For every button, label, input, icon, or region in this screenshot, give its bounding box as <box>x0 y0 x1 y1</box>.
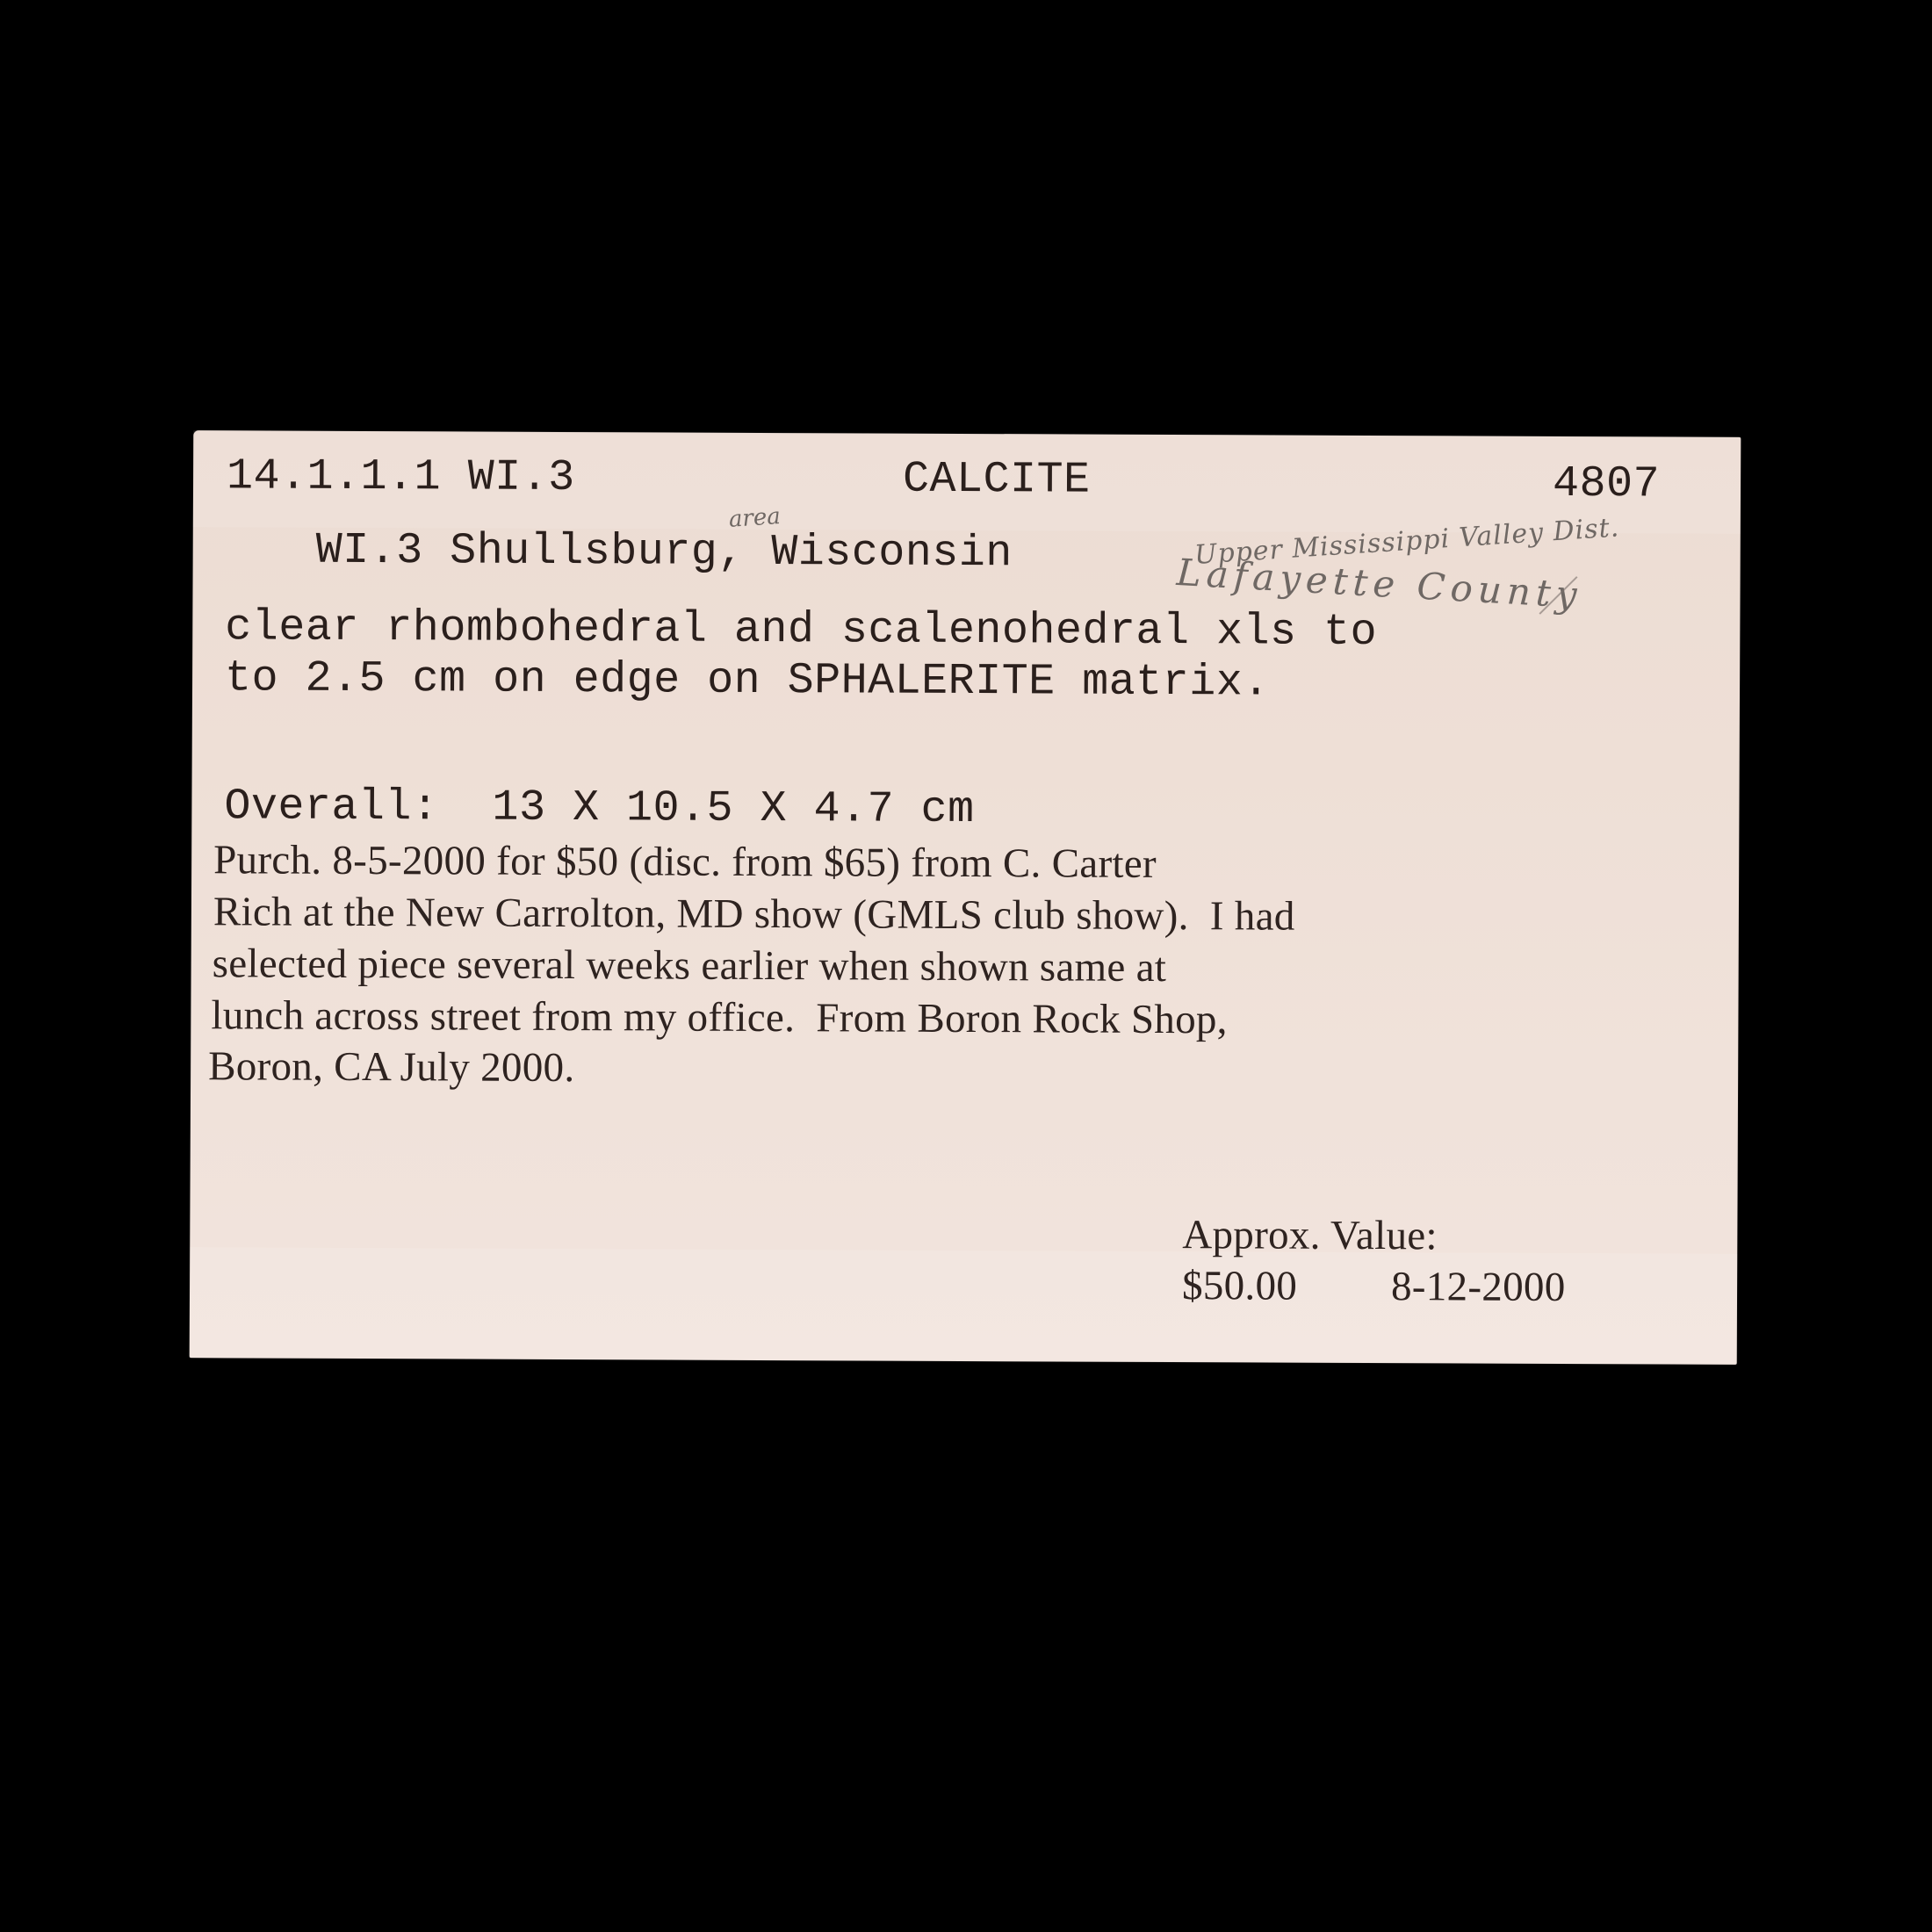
provenance-line-1: Purch. 8-5-2000 for $50 (disc. from $65)… <box>213 840 1157 885</box>
mineral-name: CALCITE <box>903 458 1091 503</box>
provenance-line-4: lunch across street from my office. From… <box>211 995 1228 1041</box>
locality-state: , Wisconsin <box>717 528 1013 579</box>
description-line-2: to 2.5 cm on edge on SPHALERITE matrix. <box>225 657 1270 705</box>
approx-value-amount: $50.00 <box>1182 1265 1297 1308</box>
catalog-number: 4807 <box>1553 463 1660 508</box>
approx-value-date: 8-12-2000 <box>1391 1266 1566 1308</box>
provenance-line-3: selected piece several weeks earlier whe… <box>213 943 1167 989</box>
description-line-1: clear rhombohedral and scalenohedral xls… <box>225 606 1377 655</box>
approx-value-label: Approx. Value: <box>1182 1215 1438 1257</box>
dimensions: Overall: 13 X 10.5 X 4.7 cm <box>224 785 974 833</box>
classification-code: 14.1.1.1 WI.3 <box>227 455 575 501</box>
handwritten-insert-area: area <box>728 505 781 531</box>
specimen-label-card: 14.1.1.1 WI.3 CALCITE 4807 WI.3 Shullsbu… <box>190 430 1741 1365</box>
provenance-line-2: Rich at the New Carrolton, MD show (GMLS… <box>213 891 1295 937</box>
locality-town: WI.3 Shullsburg <box>316 526 718 578</box>
provenance-line-5: Boron, CA July 2000. <box>208 1046 574 1089</box>
handwritten-county: Lafayette County <box>1176 554 1583 614</box>
locality-line: WI.3 Shullsburg, Wisconsin <box>316 530 1013 576</box>
